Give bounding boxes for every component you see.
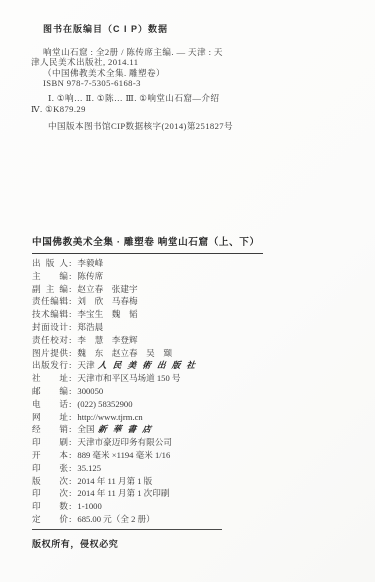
colophon-row: 版次:2014 年 11 月第 1 版 — [32, 475, 197, 488]
colophon-page: 图书在版编目（C I P）数据 响堂山石窟 : 全2册 / 陈传席主编. — 天… — [0, 0, 375, 582]
colophon-value: http://www.tjrm.cn — [77, 412, 142, 422]
colophon-colon: : — [69, 475, 71, 488]
cip-description-block: 响堂山石窟 : 全2册 / 陈传席主编. — 天津 : 天 津人民美术出版社, … — [31, 47, 223, 89]
colophon-colon: : — [69, 462, 71, 475]
colophon-value: 889 毫米 ×1194 毫米 1/16 — [77, 450, 170, 460]
colophon-colon: : — [69, 372, 71, 385]
colophon-row: 社址:天津市和平区马场道 150 号 — [32, 372, 197, 385]
colophon-value: 天津市豪迈印务有限公司 — [77, 437, 172, 447]
colophon-value: 2014 年 11 月第 1 次印刷 — [77, 488, 169, 498]
colophon-label: 电话 — [32, 398, 68, 411]
cip-line: 津人民美术出版社, 2014.11 — [31, 57, 223, 67]
colophon-label: 社址 — [32, 372, 68, 385]
colophon-label: 责任编辑 — [32, 295, 68, 308]
colophon-label: 副主编 — [32, 283, 68, 296]
colophon-colon: : — [69, 270, 71, 283]
colophon-label: 印刷 — [32, 436, 68, 449]
colophon-label: 定价 — [32, 513, 68, 526]
colophon-value: 刘 欣 马春梅 — [77, 296, 137, 306]
colophon-colon: : — [69, 308, 71, 321]
colophon-label: 邮编 — [32, 385, 68, 398]
colophon-row: 图片提供:魏 东 赵立春 吴 颋 — [32, 347, 197, 360]
colophon-colon: : — [69, 513, 71, 526]
colophon-value: 赵立春 张建宇 — [77, 284, 137, 294]
colophon-label: 网址 — [32, 411, 68, 424]
colophon-colon: : — [69, 411, 71, 424]
book-title: 中国佛教美术全集 · 雕塑卷 响堂山石窟（上、下） — [32, 234, 263, 254]
colophon-colon: : — [69, 283, 71, 296]
colophon-calligraphy-logo: 新 華 書 店 — [97, 423, 153, 436]
cip-record-number: 中国版本图书馆CIP数据核字(2014)第251827号 — [48, 120, 233, 132]
colophon-value: 300050 — [77, 386, 103, 396]
colophon-label: 经销 — [32, 423, 68, 436]
colophon-row: 主编:陈传席 — [32, 270, 197, 283]
cip-line: 响堂山石窟 : 全2册 / 陈传席主编. — 天津 : 天 — [43, 47, 223, 57]
colophon-row: 印数:1-1000 — [32, 500, 197, 513]
copyright-notice: 版权所有，侵权必究 — [32, 537, 118, 550]
colophon-value: 全国 — [77, 424, 94, 434]
colophon-value: 天津市和平区马场道 150 号 — [77, 373, 180, 383]
divider-rule — [32, 529, 222, 530]
colophon-value: 天津 — [77, 360, 94, 370]
colophon-value: 35.125 — [77, 463, 101, 473]
colophon-colon: : — [69, 436, 71, 449]
colophon-colon: : — [69, 334, 71, 347]
colophon-colon: : — [69, 359, 71, 372]
colophon-label: 印数 — [32, 500, 68, 513]
classification-line: Ⅰ. ①响… Ⅱ. ①陈… Ⅲ. ①响堂山石窟—介绍 — [48, 93, 219, 104]
colophon-colon: : — [69, 257, 71, 270]
colophon-label: 出版人 — [32, 257, 68, 270]
colophon-colon: : — [69, 449, 71, 462]
colophon-value: 陈传席 — [77, 271, 103, 281]
colophon-label: 出版发行 — [32, 359, 68, 372]
cip-header: 图书在版编目（C I P）数据 — [43, 22, 168, 35]
colophon-row: 责任校对:李 慧 李登辉 — [32, 334, 197, 347]
colophon-label: 印张 — [32, 462, 68, 475]
colophon-label: 版次 — [32, 475, 68, 488]
colophon-colon: : — [69, 321, 71, 334]
colophon-row: 印刷:天津市豪迈印务有限公司 — [32, 436, 197, 449]
colophon-row: 技术编辑:李宝生 魏 韬 — [32, 308, 197, 321]
colophon-row: 电话:(022) 58352900 — [32, 398, 197, 411]
colophon-label: 技术编辑 — [32, 308, 68, 321]
colophon-colon: : — [69, 500, 71, 513]
colophon-value: (022) 58352900 — [77, 399, 132, 409]
colophon-label: 责任校对 — [32, 334, 68, 347]
colophon-colon: : — [69, 295, 71, 308]
colophon-row: 经销:全国新 華 書 店 — [32, 423, 197, 436]
colophon-value: 李毅峰 — [77, 258, 103, 268]
colophon-value: 李 慧 李登辉 — [77, 335, 137, 345]
colophon-row: 印张:35.125 — [32, 462, 197, 475]
colophon-row: 封面设计:郑浩晨 — [32, 321, 197, 334]
colophon-value: 2014 年 11 月第 1 版 — [77, 476, 152, 486]
colophon-colon: : — [69, 385, 71, 398]
colophon-list: 出版人:李毅峰 主编:陈传席 副主编:赵立春 张建宇 责任编辑:刘 欣 马春梅 … — [32, 257, 197, 526]
colophon-row: 副主编:赵立春 张建宇 — [32, 283, 197, 296]
cip-series-line: （中国佛教美术全集. 雕塑卷） — [43, 68, 223, 78]
colophon-colon: : — [69, 398, 71, 411]
colophon-label: 封面设计 — [32, 321, 68, 334]
colophon-label: 图片提供 — [32, 347, 68, 360]
colophon-calligraphy-logo: 人 民 美 術 出 版 社 — [97, 359, 197, 372]
colophon-colon: : — [69, 423, 71, 436]
colophon-row: 出版人:李毅峰 — [32, 257, 197, 270]
colophon-colon: : — [69, 487, 71, 500]
cip-classification-block: Ⅰ. ①响… Ⅱ. ①陈… Ⅲ. ①响堂山石窟—介绍 Ⅳ. ①K879.29 — [31, 93, 219, 114]
colophon-value: 魏 东 赵立春 吴 颋 — [77, 348, 172, 358]
colophon-row: 印次:2014 年 11 月第 1 次印刷 — [32, 487, 197, 500]
colophon-row: 网址:http://www.tjrm.cn — [32, 411, 197, 424]
colophon-row: 出版发行:天津人 民 美 術 出 版 社 — [32, 359, 197, 372]
colophon-label: 主编 — [32, 270, 68, 283]
colophon-value: 李宝生 魏 韬 — [77, 309, 137, 319]
colophon-row: 邮编:300050 — [32, 385, 197, 398]
colophon-value: 1-1000 — [77, 501, 101, 511]
colophon-colon: : — [69, 347, 71, 360]
colophon-value: 郑浩晨 — [77, 322, 103, 332]
colophon-label: 开本 — [32, 449, 68, 462]
colophon-label: 印次 — [32, 487, 68, 500]
colophon-row: 责任编辑:刘 欣 马春梅 — [32, 295, 197, 308]
classification-line: Ⅳ. ①K879.29 — [31, 104, 219, 115]
colophon-row: 定价:685.00 元（全 2 册） — [32, 513, 197, 526]
colophon-row: 开本:889 毫米 ×1194 毫米 1/16 — [32, 449, 197, 462]
isbn-line: ISBN 978-7-5305-6168-3 — [43, 78, 223, 88]
colophon-value: 685.00 元（全 2 册） — [77, 514, 154, 524]
